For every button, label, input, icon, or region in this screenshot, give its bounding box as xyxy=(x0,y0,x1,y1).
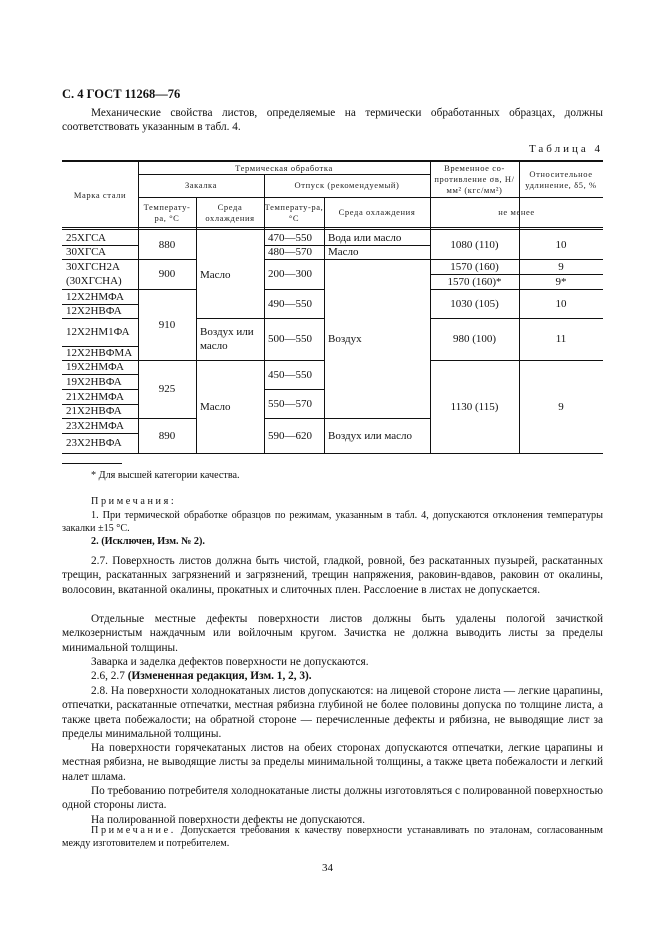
grade-cell: 19Х2НМФА xyxy=(62,360,138,374)
table-rule xyxy=(430,197,431,228)
amendment-bold: (Измененная редакция, Изм. 1, 2, 3). xyxy=(128,670,312,682)
note-1: 1. При термической обработке образцов по… xyxy=(62,509,603,535)
table-rule xyxy=(196,453,264,454)
quench-temp-cell: 900 xyxy=(138,259,196,289)
quench-medium-cell: Воздух или масло xyxy=(196,318,264,360)
elongation-cell: 10 xyxy=(519,289,603,318)
temper-medium-cell: Масло xyxy=(324,245,430,259)
paragraph-polished: По требованию потребителя холоднокатаные… xyxy=(62,784,603,813)
grade-cell: 30ХГСН2А (30ХГСНА) xyxy=(62,259,136,289)
note-2: 2. (Исключен, Изм. № 2). xyxy=(62,535,603,549)
grade-cell: 12Х2НМ1ФА xyxy=(62,318,138,346)
temper-temp-cell: 450—550 xyxy=(264,360,324,389)
strength-cell: 1570 (160) xyxy=(430,259,519,274)
grade-cell: 12Х2НВФМА xyxy=(62,346,138,360)
elongation-cell: 10 xyxy=(519,231,603,259)
temper-temp-cell: 500—550 xyxy=(264,318,324,360)
quench-temp-cell: 925 xyxy=(138,360,196,418)
grade-cell: 12Х2НМФА xyxy=(62,289,138,304)
header-tempering: Отпуск (рекомендуемый) xyxy=(264,174,430,197)
mechanical-properties-table: Марка сталиТермическая обработкаЗакалкаО… xyxy=(0,0,661,470)
header-not-less: не менее xyxy=(430,197,603,228)
grade-cell: 25ХГСА xyxy=(62,231,138,245)
header-temper-medium: Среда охлаждения xyxy=(324,197,430,228)
table-rule xyxy=(62,227,603,228)
table-rule xyxy=(62,453,138,454)
amendment-prefix: 2.6, 2.7 xyxy=(91,670,128,682)
header-strength: Временное со-противление σв, Н/мм² (кгс/… xyxy=(430,162,519,197)
temper-medium-cell: Воздух xyxy=(324,259,430,418)
grade-cell: 21Х2НВФА xyxy=(62,404,138,418)
table-rule xyxy=(264,453,324,454)
quench-temp-cell: 890 xyxy=(138,418,196,453)
temper-temp-cell: 590—620 xyxy=(264,418,324,453)
temper-medium-cell: Воздух или масло xyxy=(324,418,430,453)
paragraph-welding-text: Заварка и заделка дефектов поверхности н… xyxy=(91,656,369,668)
footnote-divider xyxy=(62,463,122,464)
paragraph-defects-removal-text: Отдельные местные дефекты поверхности ли… xyxy=(62,613,603,654)
strength-cell: 1570 (160)* xyxy=(430,274,519,289)
notes-title: Примечания: xyxy=(91,496,176,507)
paragraph-hot-rolled: На поверхности горячекатаных листов на о… xyxy=(62,741,603,784)
header-grade: Марка стали xyxy=(62,162,138,228)
paragraph-defects-removal: Отдельные местные дефекты поверхности ли… xyxy=(62,612,603,655)
grade-cell: 19Х2НВФА xyxy=(62,374,138,389)
quench-medium-cell: Масло xyxy=(196,360,264,453)
strength-cell: 1130 (115) xyxy=(430,360,519,453)
grade-cell: 30ХГСА xyxy=(62,245,138,259)
temper-temp-cell: 480—570 xyxy=(264,245,324,259)
grade-cell: 21Х2НМФА xyxy=(62,389,138,404)
header-quenching: Закалка xyxy=(138,174,264,197)
header-elongation: Относительное удлинение, δ5, % xyxy=(519,162,603,197)
table-rule xyxy=(430,453,519,454)
paragraph-polished-text: По требованию потребителя холоднокатаные… xyxy=(62,785,603,811)
paragraph-amendment: 2.6, 2.7 (Измененная редакция, Изм. 1, 2… xyxy=(62,669,603,683)
note-1-text: 1. При термической обработке образцов по… xyxy=(62,510,603,534)
paragraph-2-7: 2.7. Поверхность листов должна быть чист… xyxy=(62,554,603,597)
header-quench-medium: Среда охлаждения xyxy=(196,197,264,228)
temper-temp-cell: 470—550 xyxy=(264,231,324,245)
temper-temp-cell: 200—300 xyxy=(264,259,324,289)
grade-cell: 23Х2НВФА xyxy=(62,433,138,453)
header-heat-treatment: Термическая обработка xyxy=(138,162,430,174)
paragraph-welding: Заварка и заделка дефектов поверхности н… xyxy=(62,655,603,669)
final-note: Примечание. Допускается требования к кач… xyxy=(62,824,603,850)
temper-temp-cell: 490—550 xyxy=(264,289,324,318)
quench-temp-cell: 880 xyxy=(138,231,196,259)
table-rule xyxy=(138,453,196,454)
elongation-cell: 11 xyxy=(519,318,603,360)
temper-medium-cell: Вода или масло xyxy=(324,231,430,245)
elongation-cell: 9* xyxy=(519,274,603,289)
table-rule xyxy=(62,229,603,230)
paragraph-2-8: 2.8. На поверхности холоднокатаных листо… xyxy=(62,684,603,742)
strength-cell: 980 (100) xyxy=(430,318,519,360)
header-quench-temp: Температу-ра, °С xyxy=(138,197,196,228)
page-number: 34 xyxy=(322,862,333,874)
quench-temp-cell: 910 xyxy=(138,289,196,360)
note-2-text: 2. (Исключен, Изм. № 2). xyxy=(91,536,205,547)
table-rule xyxy=(519,453,603,454)
paragraph-hot-rolled-text: На поверхности горячекатаных листов на о… xyxy=(62,742,603,783)
header-temper-temp: Температу-ра, °С xyxy=(264,197,324,228)
footnote: * Для высшей категории качества. xyxy=(91,470,240,481)
table-rule xyxy=(324,453,430,454)
grade-cell: 23Х2НМФА xyxy=(62,418,138,433)
strength-cell: 1080 (110) xyxy=(430,231,519,259)
quench-medium-cell: Масло xyxy=(196,231,264,318)
elongation-cell: 9 xyxy=(519,360,603,453)
paragraph-2-7-text: 2.7. Поверхность листов должна быть чист… xyxy=(62,555,603,596)
elongation-cell: 9 xyxy=(519,259,603,274)
temper-temp-cell: 550—570 xyxy=(264,389,324,418)
paragraph-2-8-text: 2.8. На поверхности холоднокатаных листо… xyxy=(62,685,603,740)
strength-cell: 1030 (105) xyxy=(430,289,519,318)
final-note-label: Примечание. xyxy=(91,825,176,836)
grade-cell: 12Х2НВФА xyxy=(62,304,138,318)
